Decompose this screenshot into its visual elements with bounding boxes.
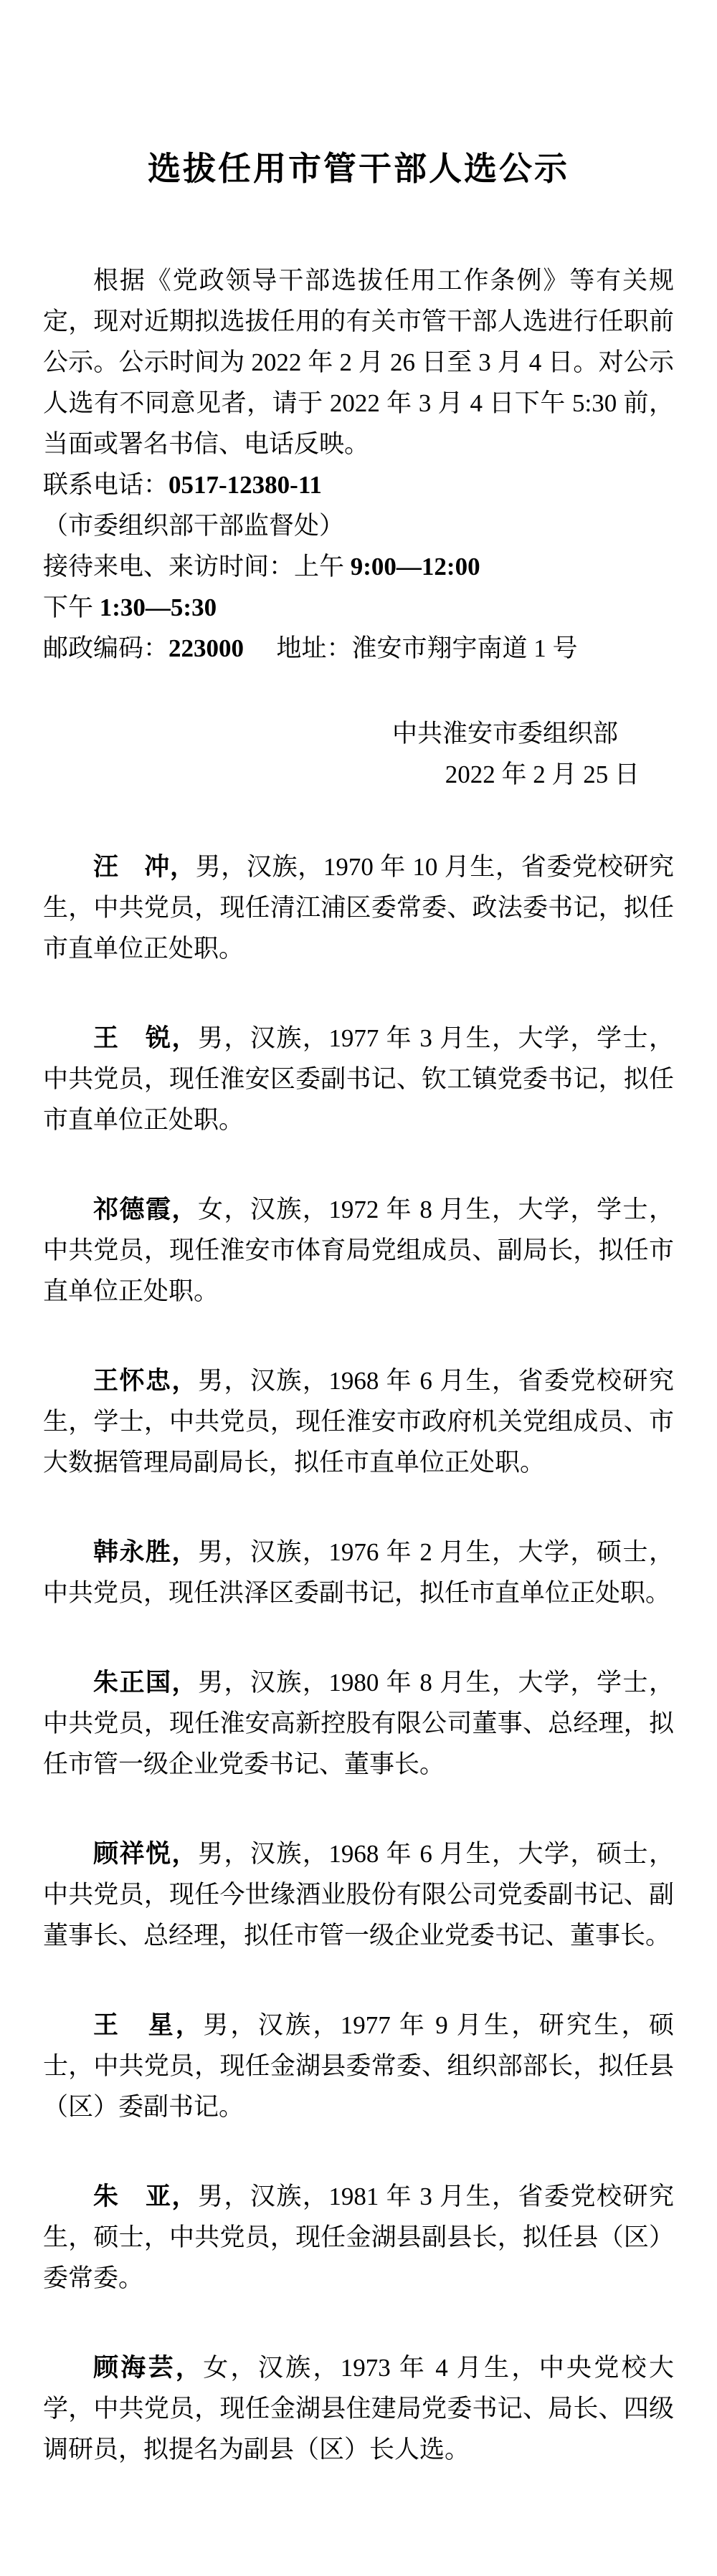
- contact-phone-value: 0517-12380-11: [168, 471, 322, 499]
- contact-hours-pm-prefix: 下午: [43, 593, 100, 621]
- entry-name: 汪 冲，: [93, 853, 196, 881]
- document-title: 选拔任用市管干部人选公示: [43, 147, 674, 191]
- contact-hours-am-prefix: 上午: [294, 553, 351, 581]
- entry-name: 朱 亚，: [93, 2183, 198, 2210]
- entry: 祁德霞，女，汉族，1972 年 8 月生，大学，学士，中共党员，现任淮安市体育局…: [43, 1189, 674, 1312]
- intro-paragraph: 根据《党政领导干部选拔任用工作条例》等有关规定，现对近期拟选拔任用的有关市管干部…: [43, 260, 674, 464]
- entry: 顾海芸，女，汉族，1973 年 4 月生，中央党校大学，中共党员，现任金湖县住建…: [43, 2347, 674, 2470]
- contact-hours-am-time: 9:00—12:00: [351, 553, 480, 581]
- contact-address-label: 地址：: [277, 634, 352, 662]
- entry: 朱正国，男，汉族，1980 年 8 月生，大学，学士，中共党员，现任淮安高新控股…: [43, 1662, 674, 1785]
- signature-date: 2022 年 2 月 25 日: [43, 754, 674, 795]
- entry-name: 王 锐，: [93, 1024, 198, 1052]
- entry-name: 顾祥悦，: [93, 1840, 198, 1868]
- entry: 王 锐，男，汉族，1977 年 3 月生，大学，学士，中共党员，现任淮安区委副书…: [43, 1018, 674, 1140]
- entry: 王 星，男，汉族，1977 年 9 月生，研究生，硕士，中共党员，现任金湖县委常…: [43, 2005, 674, 2127]
- signature-org: 中共淮安市委组织部: [43, 713, 674, 754]
- announcement-document: 选拔任用市管干部人选公示 根据《党政领导干部选拔任用工作条例》等有关规定，现对近…: [0, 0, 717, 2576]
- contact-hours-label: 接待来电、来访时间：: [43, 553, 294, 581]
- entry-name: 王怀忠，: [93, 1367, 198, 1395]
- contact-phone-line: 联系电话：0517-12380-11: [43, 464, 674, 505]
- contact-phone-label: 联系电话：: [43, 471, 168, 499]
- entry: 韩永胜，男，汉族，1976 年 2 月生，大学，硕士，中共党员，现任洪泽区委副书…: [43, 1532, 674, 1613]
- entry-name: 朱正国，: [93, 1669, 198, 1697]
- entry-name: 王 星，: [93, 2011, 203, 2039]
- contact-hours-pm-time: 1:30—5:30: [100, 593, 217, 621]
- contact-postcode-label: 邮政编码：: [43, 634, 168, 662]
- contact-postcode-address-line: 邮政编码：223000地址：淮安市翔宇南道 1 号: [43, 628, 674, 669]
- entry: 王怀忠，男，汉族，1968 年 6 月生，省委党校研究生，学士，中共党员，现任淮…: [43, 1360, 674, 1483]
- candidate-entries: 汪 冲，男，汉族，1970 年 10 月生，省委党校研究生，中共党员，现任清江浦…: [43, 846, 674, 2470]
- contact-postcode-value: 223000: [168, 634, 244, 662]
- entry: 顾祥悦，男，汉族，1968 年 6 月生，大学，硕士，中共党员，现任今世缘酒业股…: [43, 1833, 674, 1956]
- entry: 汪 冲，男，汉族，1970 年 10 月生，省委党校研究生，中共党员，现任清江浦…: [43, 846, 674, 969]
- entry-name: 顾海芸，: [93, 2354, 203, 2382]
- entry-name: 韩永胜，: [93, 1538, 198, 1566]
- entry: 朱 亚，男，汉族，1981 年 3 月生，省委党校研究生，硕士，中共党员，现任金…: [43, 2176, 674, 2299]
- signature-block: 中共淮安市委组织部 2022 年 2 月 25 日: [43, 713, 674, 795]
- contact-info-block: 联系电话：0517-12380-11 （市委组织部干部监督处） 接待来电、来访时…: [43, 464, 674, 669]
- contact-dept-note: （市委组织部干部监督处）: [43, 505, 674, 546]
- contact-address-value: 淮安市翔宇南道 1 号: [352, 634, 578, 662]
- entry-name: 祁德霞，: [93, 1196, 198, 1223]
- contact-hours-pm-line: 下午 1:30—5:30: [43, 587, 674, 628]
- contact-hours-line: 接待来电、来访时间：上午 9:00—12:00: [43, 546, 674, 587]
